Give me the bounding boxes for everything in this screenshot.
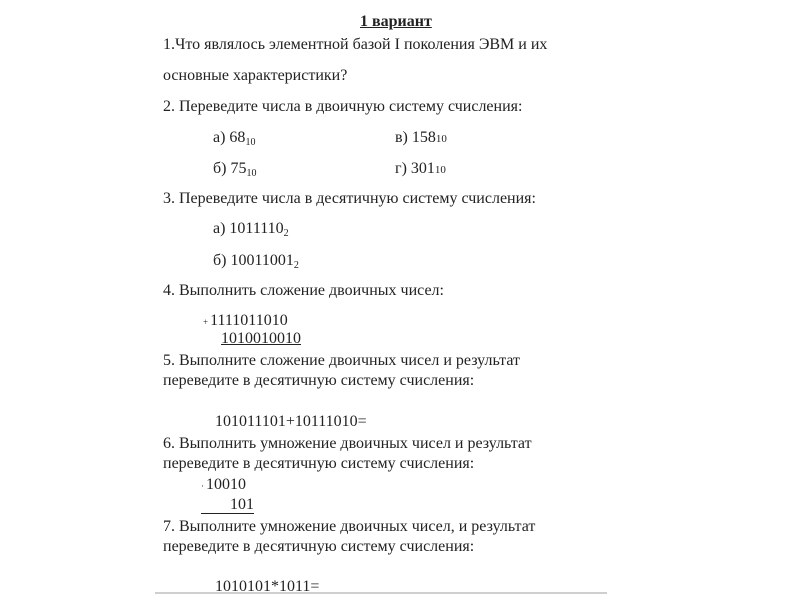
question-4-text: 4. Выполнить сложение двоичных чисел: (163, 282, 444, 300)
question-6-operand-2: 101 (201, 496, 254, 514)
plus-operator: + (203, 317, 208, 327)
item-base: 2 (284, 228, 289, 239)
operand: 1111011010 (210, 312, 288, 329)
question-3-item-a: а) 10111102 (213, 220, 289, 243)
question-5-line-1: 5. Выполните сложение двоичных чисел и р… (163, 352, 520, 370)
question-2-item-b: б) 7510 (213, 160, 256, 183)
item-base: 10 (436, 133, 447, 145)
document-page: 1 вариант 1.Что являлось элементной базо… (155, 0, 607, 593)
question-2-item-v: в) 15810 (395, 129, 447, 148)
item-label: б) 10011001 (213, 252, 294, 269)
item-base: 10 (245, 137, 255, 148)
question-4-operand-2: 1010010010 (221, 330, 301, 348)
question-2-item-g: г) 30110 (395, 160, 446, 179)
item-base: 10 (435, 164, 446, 176)
question-3-text: 3. Переведите числа в десятичную систему… (163, 190, 536, 208)
question-6-line-1: 6. Выполнить умножение двоичных чисел и … (163, 435, 532, 453)
question-2-item-a: а) 6810 (213, 129, 255, 152)
page-bottom-divider (155, 592, 607, 594)
document-title: 1 вариант (360, 13, 432, 31)
item-label: а) 68 (213, 129, 245, 146)
item-base: 2 (294, 260, 299, 271)
question-1-line-2: основные характеристики? (163, 67, 347, 85)
question-6-line-2: переведите в десятичную систему счислени… (163, 455, 474, 473)
multiply-operator: · (201, 481, 204, 491)
question-7-line-2: переведите в десятичную систему счислени… (163, 538, 474, 556)
question-2-text: 2. Переведите числа в двоичную систему с… (163, 98, 522, 116)
question-5-line-2: переведите в десятичную систему счислени… (163, 372, 474, 390)
question-7-line-1: 7. Выполните умножение двоичных чисел, и… (163, 518, 535, 536)
question-6-operand-1: ·10010 (201, 476, 246, 495)
question-1-line-1: 1.Что являлось элементной базой I поколе… (163, 36, 547, 54)
item-base: 10 (246, 168, 256, 179)
item-label: а) 1011110 (213, 220, 284, 237)
item-label: г) 301 (395, 160, 435, 177)
question-3-item-b: б) 100110012 (213, 252, 299, 275)
operand: 10010 (206, 476, 246, 493)
question-4-operand-1: +1111011010 (203, 312, 288, 331)
item-label: в) 158 (395, 129, 436, 146)
question-5-expression: 101011101+10111010= (215, 413, 367, 431)
item-label: б) 75 (213, 160, 246, 177)
